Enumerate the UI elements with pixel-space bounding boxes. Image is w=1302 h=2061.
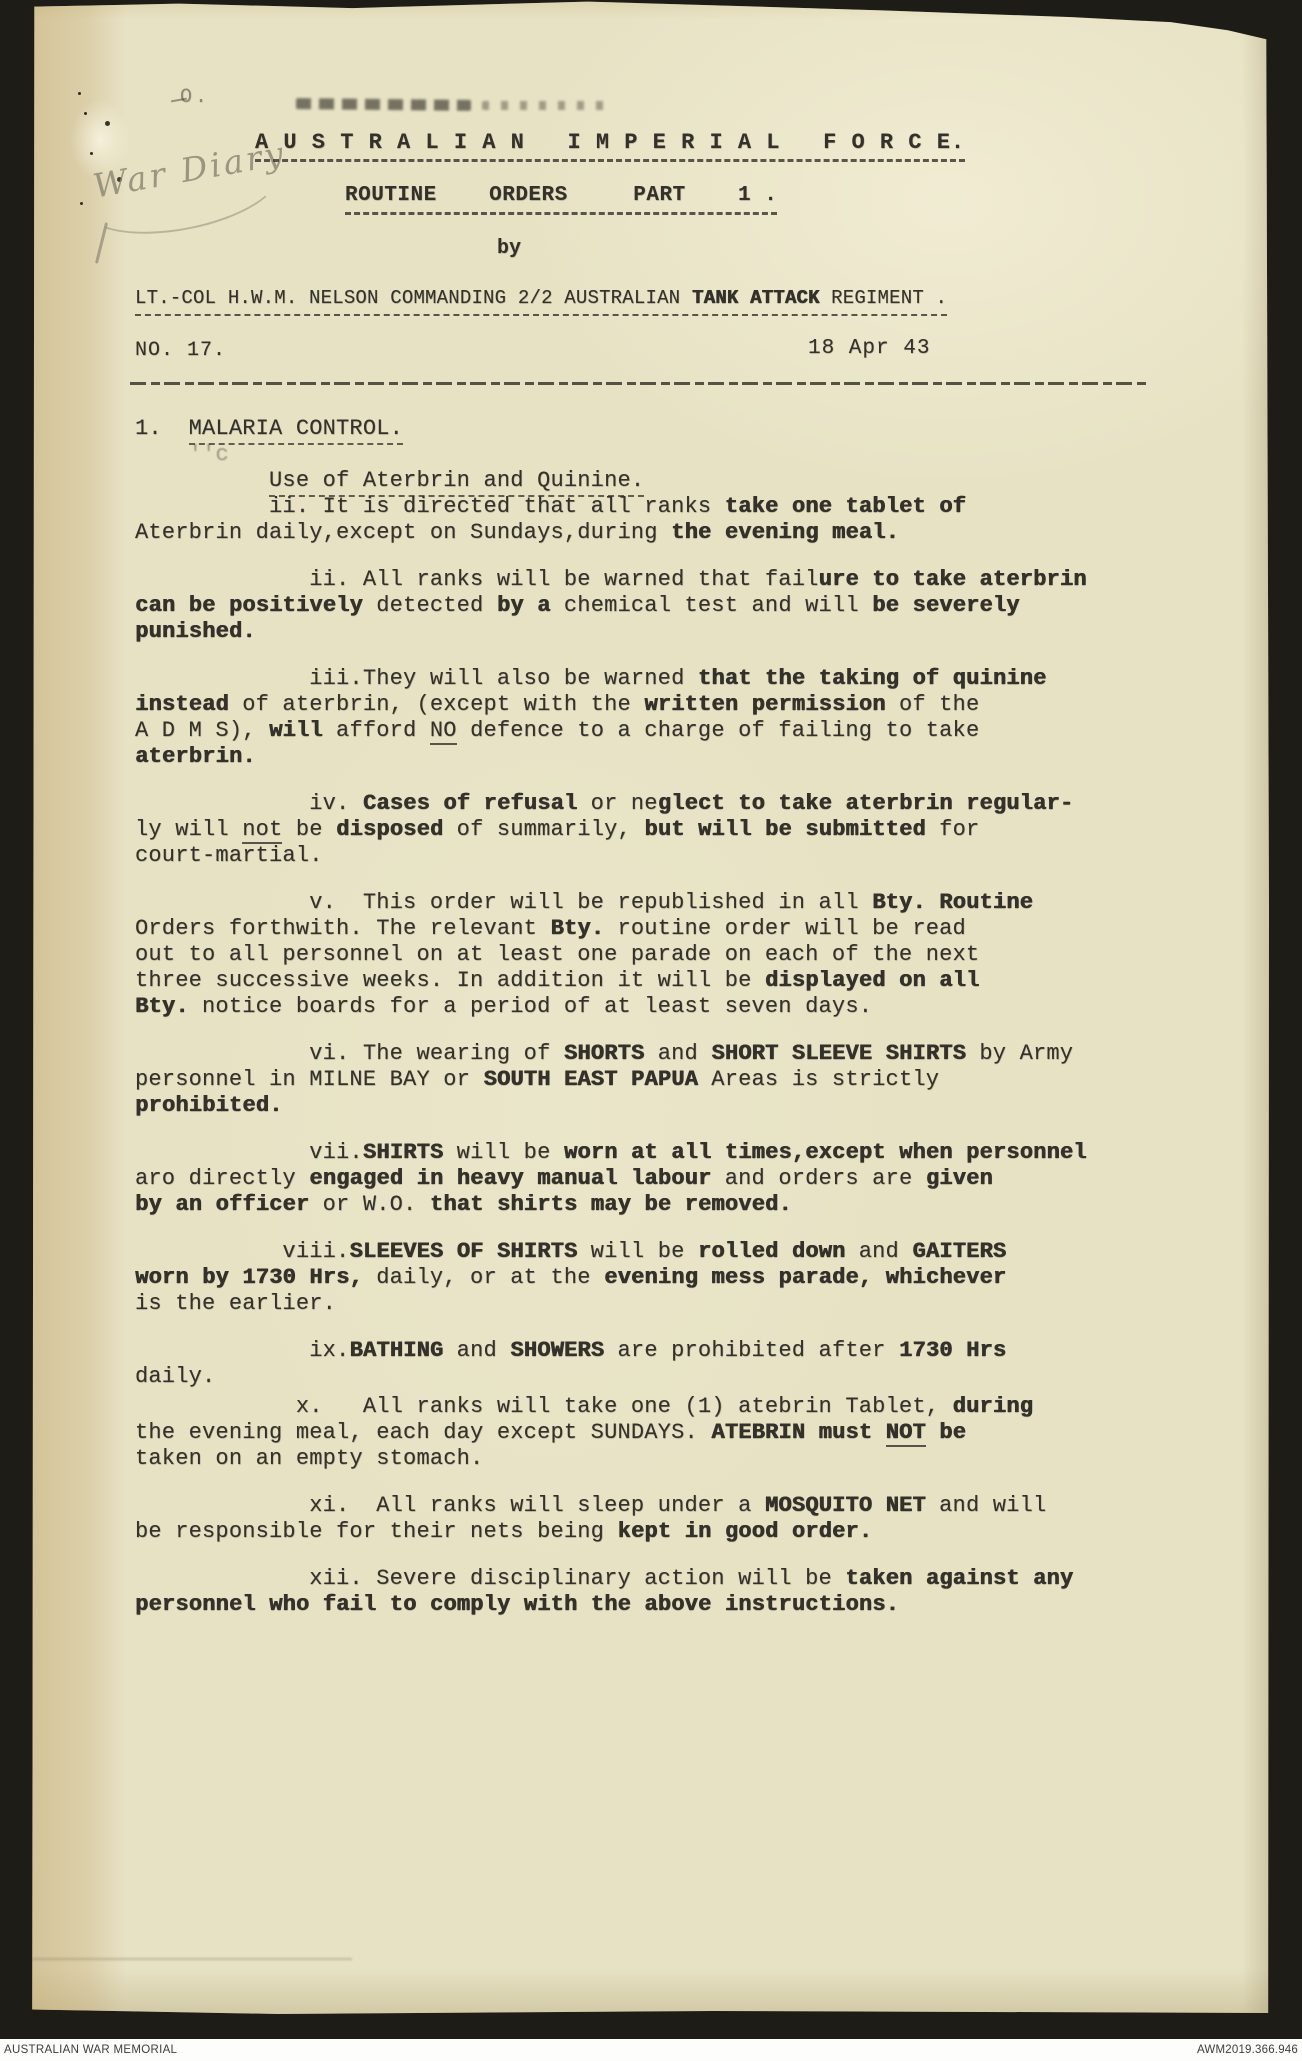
text-segment: daily, or at the (363, 1265, 604, 1290)
text-segment: ii. It is directed that all ranks (135, 494, 725, 519)
order-line: personnel who fail to comply with the ab… (135, 1592, 1215, 1618)
order-line: personnel in MILNE BAY or SOUTH EAST PAP… (135, 1067, 1215, 1093)
text-segment: x. All ranks will take one (1) atebrin T… (135, 1394, 953, 1419)
document-title: A U S T R A L I A N I M P E R I A L F O … (255, 130, 965, 162)
text-segment: of aterbrin, (except with the (229, 692, 644, 717)
text-segment: and (644, 1041, 711, 1066)
order-line: taken on an empty stomach. (135, 1446, 1215, 1472)
item-viii: viii.SLEEVES OF SHIRTS will be rolled do… (135, 1239, 1215, 1317)
order-line: v. This order will be republished in all… (135, 890, 1215, 916)
text-segment: notice boards for a period of at least s… (189, 994, 873, 1019)
text-segment: that the taking of quinine (698, 666, 1046, 691)
text-segment: personnel in MILNE BAY or (135, 1067, 483, 1092)
text-segment: by a (497, 593, 551, 618)
text-segment: taken against any (845, 1566, 1073, 1591)
text-segment: A D M S), (135, 718, 269, 743)
order-line: three successive weeks. In addition it w… (135, 968, 1215, 994)
text-segment: during (953, 1394, 1033, 1419)
text-segment: worn at all times,except when personnel (564, 1140, 1087, 1165)
item-iv: iv. Cases of refusal or neglect to take … (135, 791, 1215, 869)
text-segment: MALARIA CONTROL. (189, 416, 403, 445)
order-line: A D M S), will afford NO defence to a ch… (135, 718, 1215, 744)
text-segment: written permission (644, 692, 885, 717)
item-xii: xii. Severe disciplinary action will be … (135, 1566, 1215, 1618)
order-line: be responsible for their nets being kept… (135, 1519, 1215, 1545)
text-segment: iv. (135, 791, 363, 816)
order-line: vii.SHIRTS will be worn at all times,exc… (135, 1140, 1215, 1166)
order-line: daily. (135, 1364, 1215, 1390)
text-segment: ix. (135, 1338, 349, 1363)
text-segment: Use of Aterbrin and Quinine. (269, 468, 644, 497)
text-segment: glect to take aterbrin regular- (658, 791, 1073, 816)
text-segment: by Army (966, 1041, 1073, 1066)
order-line: Aterbrin daily,except on Sundays,during … (135, 520, 1215, 546)
text-segment: SHIRTS (363, 1140, 443, 1165)
text-segment: SHORT SLEEVE SHIRTS (711, 1041, 966, 1066)
faint-mark: ''c (135, 442, 1215, 468)
text-segment: Orders forthwith. The relevant (135, 916, 550, 941)
text-segment: three successive weeks. In addition it w… (135, 968, 765, 993)
order-line: ''c (135, 442, 1215, 468)
order-line: ix.BATHING and SHOWERS are prohibited af… (135, 1338, 1215, 1364)
text-segment: SOUTH EAST PAPUA (483, 1067, 697, 1092)
order-line: iii.They will also be warned that the ta… (135, 666, 1215, 692)
text-segment: Bty. Routine (872, 890, 1033, 915)
order-line: aterbrin. (135, 744, 1215, 770)
text-segment: Bty. (550, 916, 604, 941)
text-segment: LT.-COL H.W.M. NELSON COMMANDING 2/2 AUS… (135, 287, 692, 309)
text-segment: not (242, 817, 282, 844)
text-segment: take one tablet of (725, 494, 966, 519)
text-segment: 1. (135, 416, 189, 441)
text-segment: Bty. (135, 994, 189, 1019)
order-line: ly will not be disposed of summarily, bu… (135, 817, 1215, 843)
text-segment: will be (577, 1239, 698, 1264)
text-segment: aterbrin. (135, 744, 256, 769)
text-segment: given (926, 1166, 993, 1191)
order-line: is the earlier. (135, 1291, 1215, 1317)
text-segment: BATHING (349, 1338, 443, 1363)
text-segment: rolled down (698, 1239, 845, 1264)
text-segment: NOT (886, 1420, 926, 1447)
order-line: ii. All ranks will be warned that failur… (135, 567, 1215, 593)
text-segment: will be (443, 1140, 564, 1165)
text-segment: instead (135, 692, 229, 717)
text-segment: be severely (872, 593, 1019, 618)
order-line: vi. The wearing of SHORTS and SHORT SLEE… (135, 1041, 1215, 1067)
text-segment: v. This order will be republished in all (135, 890, 872, 915)
text-segment: evening mess parade, whichever (604, 1265, 1006, 1290)
document-page: O. War Diary A U S T R A L I A N I M P E… (30, 0, 1270, 2016)
order-line: viii.SLEEVES OF SHIRTS will be rolled do… (135, 1239, 1215, 1265)
order-line: xii. Severe disciplinary action will be … (135, 1566, 1215, 1592)
text-segment: vii. (135, 1140, 363, 1165)
order-line: Orders forthwith. The relevant Bty. rout… (135, 916, 1215, 942)
text-segment: taken on an empty stomach. (135, 1446, 483, 1471)
text-segment: chemical test and will (550, 593, 872, 618)
order-date: 18 Apr 43 (808, 337, 930, 360)
text-segment: viii. (135, 1239, 349, 1264)
text-segment: is the earlier. (135, 1291, 336, 1316)
text-segment: be (282, 817, 336, 842)
order-line: instead of aterbrin, (except with the wr… (135, 692, 1215, 718)
text-segment: ''c (135, 442, 229, 467)
text-segment: xi. All ranks will sleep under a (135, 1493, 765, 1518)
order-line: court-martial. (135, 843, 1215, 869)
order-line: can be positively detected by a chemical… (135, 593, 1215, 619)
text-segment: routine order will be read (604, 916, 966, 941)
text-segment: ATEBRIN must (711, 1420, 885, 1445)
order-line: prohibited. (135, 1093, 1215, 1119)
text-segment: that shirts may be removed. (430, 1192, 792, 1217)
order-line: punished. (135, 619, 1215, 645)
item-x: x. All ranks will take one (1) atebrin T… (135, 1394, 1215, 1472)
order-line: worn by 1730 Hrs, daily, or at the eveni… (135, 1265, 1215, 1291)
text-segment: are prohibited after (604, 1338, 899, 1363)
document-subtitle: ROUTINE ORDERS PART 1 . (345, 184, 777, 215)
text-segment: ure to take aterbrin (819, 567, 1087, 592)
text-segment: SHOWERS (510, 1338, 604, 1363)
text-segment: be responsible for their nets being (135, 1519, 617, 1544)
text-segment: and (443, 1338, 510, 1363)
paper-fold-crease (32, 1958, 352, 1960)
text-segment: displayed on all (765, 968, 979, 993)
archive-footer-bar: AUSTRALIAN WAR MEMORIAL AWM2019.366.946 (0, 2039, 1302, 2061)
text-segment: court-martial. (135, 843, 323, 868)
text-segment: Cases of refusal (363, 791, 577, 816)
item-vii: vii.SHIRTS will be worn at all times,exc… (135, 1140, 1215, 1218)
text-segment: kept in good order. (617, 1519, 872, 1544)
text-segment: the evening meal, each day except SUNDAY… (135, 1420, 711, 1445)
text-segment: or ne (577, 791, 657, 816)
dashed-divider-rule (130, 382, 1150, 385)
order-line: Use of Aterbrin and Quinine. (135, 468, 1215, 494)
text-segment: personnel who fail to comply with the ab… (135, 1592, 899, 1617)
item-i: ii. It is directed that all ranks take o… (135, 494, 1215, 546)
text-segment: afford (323, 718, 430, 743)
text-segment: be (926, 1420, 966, 1445)
text-segment: punished. (135, 619, 256, 644)
text-segment: engaged in heavy manual labour (309, 1166, 711, 1191)
text-segment: 1730 Hrs (899, 1338, 1006, 1363)
order-line: ii. It is directed that all ranks take o… (135, 494, 1215, 520)
by-label: by (497, 237, 521, 260)
text-segment (135, 468, 269, 493)
order-line: xi. All ranks will sleep under a MOSQUIT… (135, 1493, 1215, 1519)
text-segment: and will (926, 1493, 1047, 1518)
item-v: v. This order will be republished in all… (135, 890, 1215, 1020)
order-line: aro directly engaged in heavy manual lab… (135, 1166, 1215, 1192)
text-segment: ii. All ranks will be warned that fail (135, 567, 819, 592)
text-segment: defence to a charge of failing to take (457, 718, 980, 743)
text-segment: the evening meal. (671, 520, 899, 545)
subheading: Use of Aterbrin and Quinine. (135, 468, 1215, 494)
text-segment: of summarily, (443, 817, 644, 842)
order-line: the evening meal, each day except SUNDAY… (135, 1420, 1215, 1446)
text-segment: worn by 1730 Hrs, (135, 1265, 363, 1290)
text-segment: MOSQUITO NET (765, 1493, 926, 1518)
section-heading: 1. MALARIA CONTROL. (135, 416, 1215, 442)
text-segment: by an officer (135, 1192, 309, 1217)
order-line: 1. MALARIA CONTROL. (135, 416, 1215, 442)
text-segment: TANK ATTACK (692, 287, 820, 309)
text-segment: prohibited. (135, 1093, 282, 1118)
order-line: iv. Cases of refusal or neglect to take … (135, 791, 1215, 817)
archive-name: AUSTRALIAN WAR MEMORIAL (4, 2044, 177, 2056)
text-segment: can be positively (135, 593, 363, 618)
text-segment: daily. (135, 1364, 215, 1389)
text-segment: ly will (135, 817, 242, 842)
text-segment: will (269, 718, 323, 743)
ink-specks (78, 92, 81, 95)
text-segment: out to all personnel on at least one par… (135, 942, 979, 967)
item-xi: xi. All ranks will sleep under a MOSQUIT… (135, 1493, 1215, 1545)
item-vi: vi. The wearing of SHORTS and SHORT SLEE… (135, 1041, 1215, 1119)
order-line: x. All ranks will take one (1) atebrin T… (135, 1394, 1215, 1420)
text-segment: for (926, 817, 980, 842)
order-line: out to all personnel on at least one par… (135, 942, 1215, 968)
text-segment: GAITERS (912, 1239, 1006, 1264)
order-number: NO. 17. (135, 339, 226, 362)
commander-line: LT.-COL H.W.M. NELSON COMMANDING 2/2 AUS… (135, 287, 947, 316)
text-segment: xii. Severe disciplinary action will be (135, 1566, 845, 1591)
archive-reference-number: AWM2019.366.946 (1197, 2044, 1298, 2056)
text-segment: but will be submitted (644, 817, 925, 842)
text-segment: and (845, 1239, 912, 1264)
smudged-illegible-text (296, 98, 471, 111)
text-segment: NO (430, 718, 457, 745)
text-segment: aro directly (135, 1166, 309, 1191)
order-line: by an officer or W.O. that shirts may be… (135, 1192, 1215, 1218)
order-line: Bty. notice boards for a period of at le… (135, 994, 1215, 1020)
text-segment: REGIMENT . (820, 287, 948, 309)
item-iii: iii.They will also be warned that the ta… (135, 666, 1215, 770)
text-segment: detected (363, 593, 497, 618)
text-segment: iii.They will also be warned (135, 666, 698, 691)
text-segment: SHORTS (564, 1041, 644, 1066)
item-ix: ix.BATHING and SHOWERS are prohibited af… (135, 1338, 1215, 1390)
text-segment: and orders are (711, 1166, 925, 1191)
text-segment: Areas is strictly (698, 1067, 939, 1092)
text-segment: Aterbrin daily,except on Sundays,during (135, 520, 671, 545)
pencil-stroke-mark (95, 222, 108, 263)
text-segment: disposed (336, 817, 443, 842)
smudged-illegible-text (482, 101, 610, 110)
text-segment: vi. The wearing of (135, 1041, 564, 1066)
text-segment: SLEEVES OF SHIRTS (349, 1239, 577, 1264)
text-segment: or W.O. (309, 1192, 430, 1217)
item-ii: ii. All ranks will be warned that failur… (135, 567, 1215, 645)
text-segment: of the (886, 692, 980, 717)
order-body: 1. MALARIA CONTROL. ''c Use of Aterbrin … (135, 416, 1215, 1618)
